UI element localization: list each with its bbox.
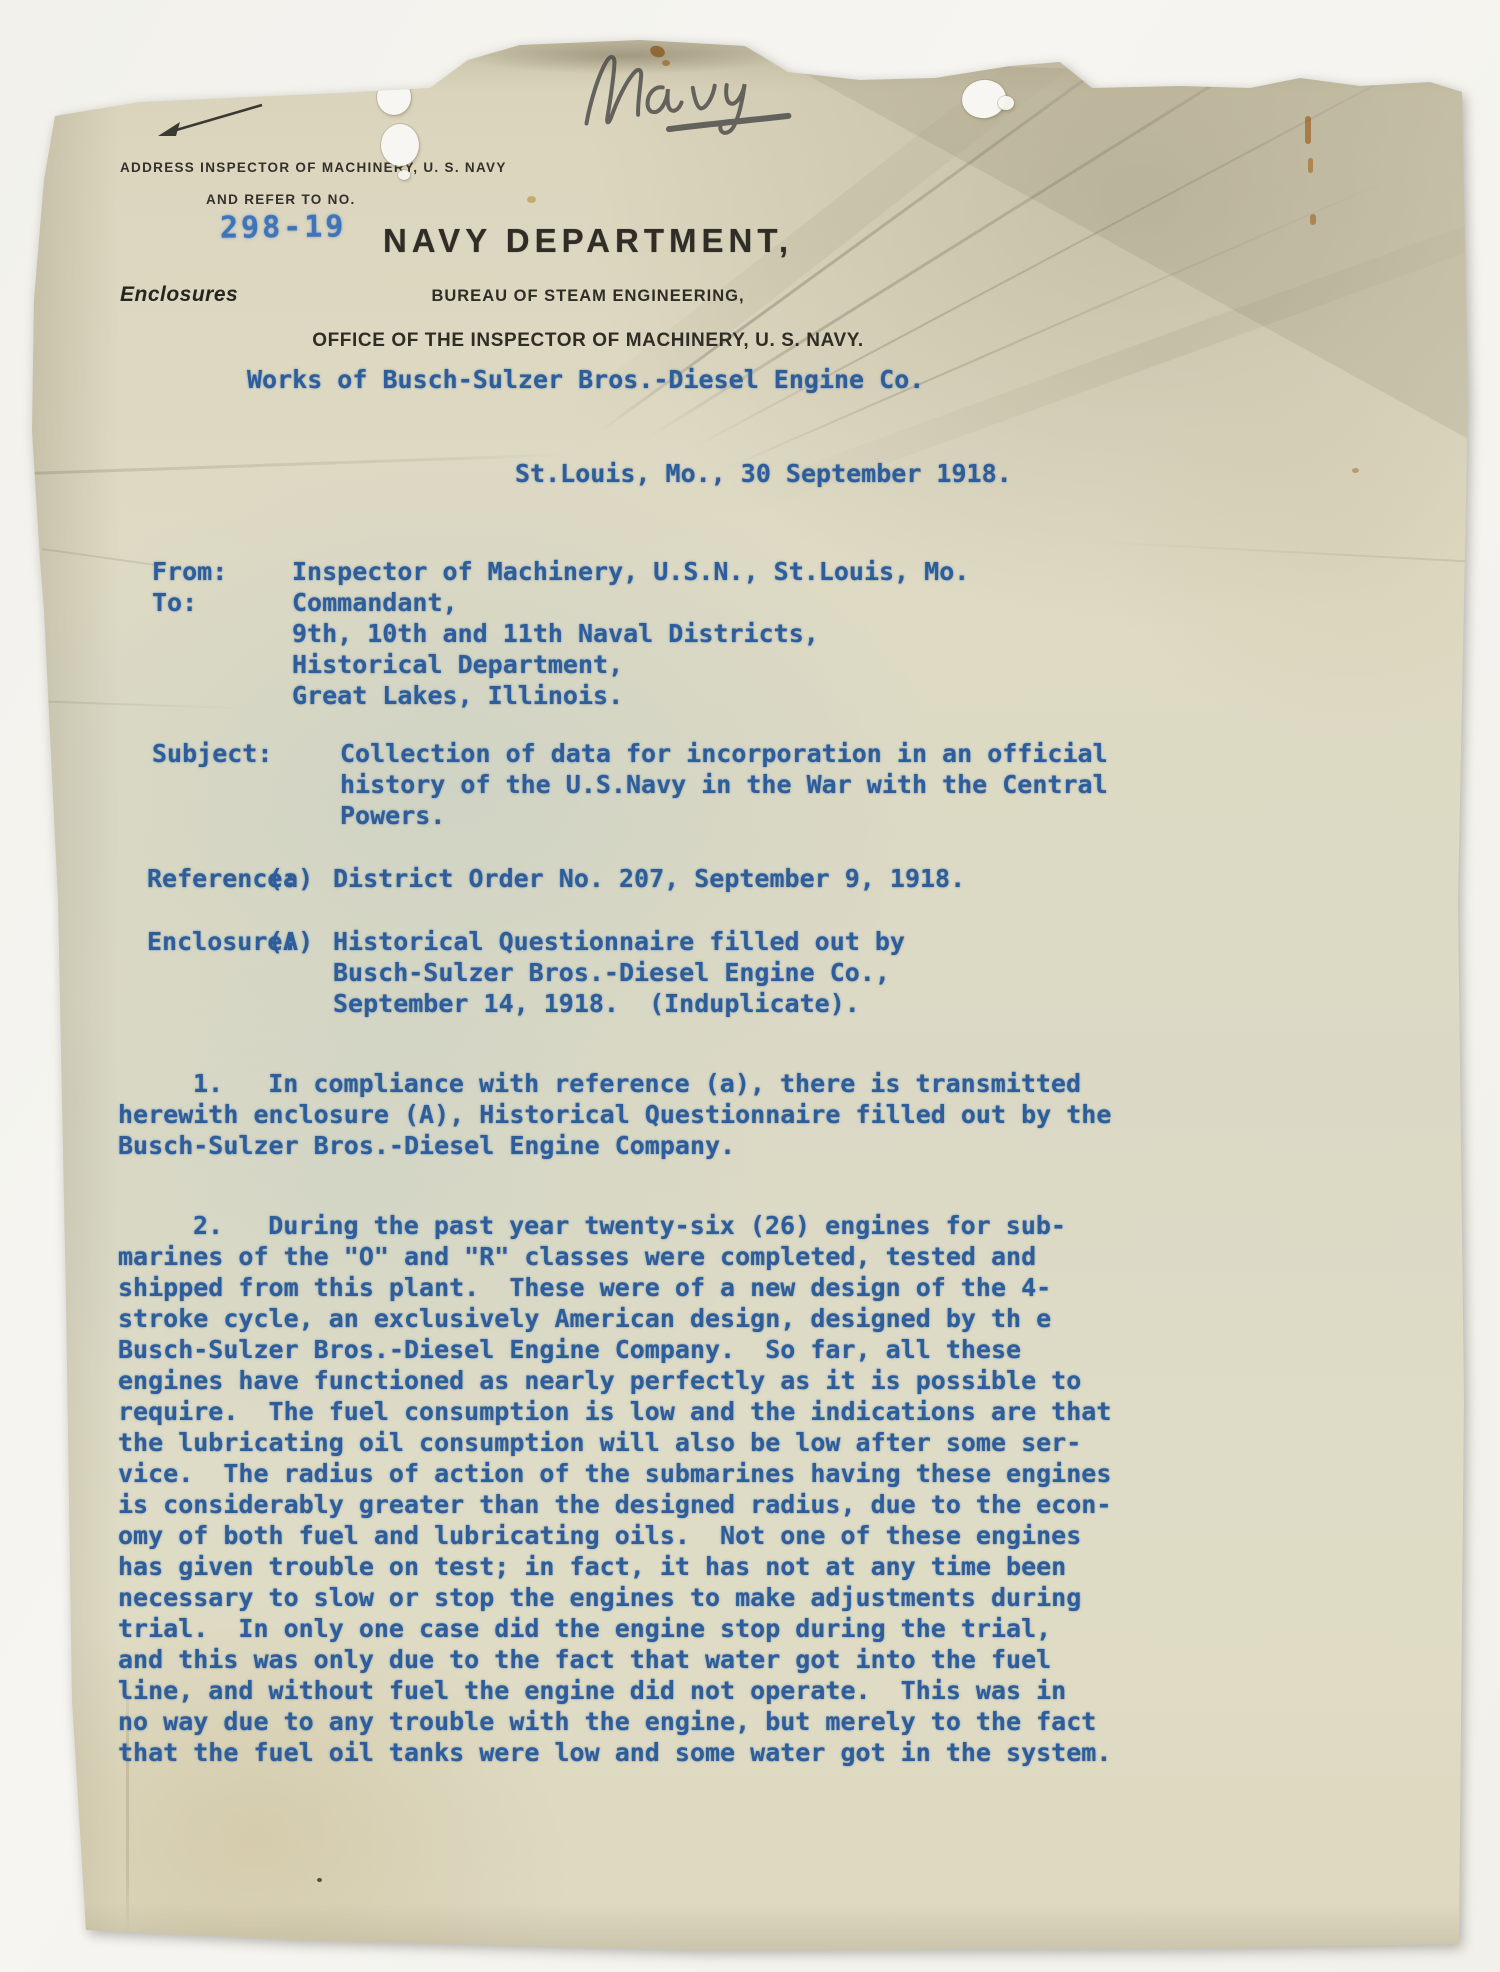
typed-line: require. The fuel consumption is low and… [118,1396,1111,1427]
typed-line: no way due to any trouble with the engin… [118,1706,1111,1737]
to-address-lines: Commandant,9th, 10th and 11th Naval Dist… [292,587,819,711]
typed-line: District Order No. 207, September 9, 191… [333,863,965,894]
typed-line: Busch-Sulzer Bros.-Diesel Engine Company… [118,1334,1111,1365]
typed-line: Busch-Sulzer Bros.-Diesel Engine Co., [333,957,905,988]
rust-streak [1308,158,1313,173]
reference-lines: District Order No. 207, September 9, 191… [333,863,965,894]
typed-line: marines of the "O" and "R" classes were … [118,1241,1111,1272]
typed-line: shipped from this plant. These were of a… [118,1272,1111,1303]
paragraph-1: 1. In compliance with reference (a), the… [118,1068,1111,1161]
typed-line: necessary to slow or stop the engines to… [118,1582,1111,1613]
bottom-edge-shadow [0,1902,1500,1950]
enclosure-item-marker: (A) [268,926,313,957]
letterhead-office: OFFICE OF THE INSPECTOR OF MACHINERY, U.… [238,330,938,352]
crease-line [30,453,570,475]
subject-label: Subject: [152,738,272,769]
typed-line: and this was only due to the fact that w… [118,1644,1111,1675]
typed-line: engines have functioned as nearly perfec… [118,1365,1111,1396]
letterhead-bureau: BUREAU OF STEAM ENGINEERING, [338,287,838,306]
typed-line: Collection of data for incorporation in … [340,738,1108,769]
typed-line: 1. In compliance with reference (a), the… [118,1068,1111,1099]
punch-hole [377,79,411,115]
typed-line: Commandant, [292,587,819,618]
typed-line: 9th, 10th and 11th Naval Districts, [292,618,819,649]
paper-chip [998,96,1014,110]
typed-line: herewith enclosure (A), Historical Quest… [118,1099,1111,1130]
form-number: N. S. E. 95-C. [168,76,282,92]
enclosure-lines: Historical Questionnaire filled out byBu… [333,926,905,1019]
subject-lines: Collection of data for incorporation in … [340,738,1108,831]
typed-line: 2. During the past year twenty-six (26) … [118,1210,1111,1241]
letterhead-works-line: Works of Busch-Sulzer Bros.-Diesel Engin… [247,364,924,395]
stain-spot [527,196,536,203]
typed-line: is considerably greater than the designe… [118,1489,1111,1520]
typed-line: trial. In only one case did the engine s… [118,1613,1111,1644]
typed-line: Busch-Sulzer Bros.-Diesel Engine Company… [118,1130,1111,1161]
typed-line: line, and without fuel the engine did no… [118,1675,1111,1706]
typed-line: Powers. [340,800,1108,831]
typed-line: vice. The radius of action of the submar… [118,1458,1111,1489]
dark-speck [317,1878,322,1882]
typed-line: has given trouble on test; in fact, it h… [118,1551,1111,1582]
handwritten-navy-note [572,34,807,150]
dateline: St.Louis, Mo., 30 September 1918. [515,458,1012,489]
left-edge-shadow [30,100,120,1940]
pen-arrow-mark [146,96,276,146]
from-value: Inspector of Machinery, U.S.N., St.Louis… [292,556,969,587]
to-label: To: [152,587,197,618]
letter-sheet-wrap: N. S. E. 95-C. ADDRESS INSPECTOR OF MACH… [0,0,1500,1972]
typed-line: stroke cycle, an exclusively American de… [118,1303,1111,1334]
typed-line: Historical Questionnaire filled out by [333,926,905,957]
address-instruction-line1: ADDRESS INSPECTOR OF MACHINERY, U. S. NA… [120,160,507,175]
typed-line: Historical Department, [292,649,819,680]
rust-streak [1310,214,1316,225]
stain-spot [1352,468,1359,473]
scanned-letter: N. S. E. 95-C. ADDRESS INSPECTOR OF MACH… [0,0,1500,1972]
rust-streak [1305,116,1311,144]
typed-line: September 14, 1918. (Induplicate). [333,988,905,1019]
address-instruction-line2: AND REFER TO NO. [206,192,356,207]
typed-line: history of the U.S.Navy in the War with … [340,769,1108,800]
typed-line: omy of both fuel and lubricating oils. N… [118,1520,1111,1551]
typed-line: that the fuel oil tanks were low and som… [118,1737,1111,1768]
letterhead-department: NAVY DEPARTMENT, [288,222,888,260]
enclosures-label: Enclosures [120,283,238,307]
crease-line [30,700,250,710]
reference-item-marker: (a) [268,863,313,894]
crease-line [1080,540,1470,562]
crease-line [42,548,161,567]
paper-chip [398,170,410,180]
from-label: From: [152,556,227,587]
paragraph-2: 2. During the past year twenty-six (26) … [118,1210,1111,1768]
punch-hole [381,124,419,166]
typed-line: Great Lakes, Illinois. [292,680,819,711]
letter-sheet: N. S. E. 95-C. ADDRESS INSPECTOR OF MACH… [0,0,1500,1972]
typed-line: the lubricating oil consumption will als… [118,1427,1111,1458]
